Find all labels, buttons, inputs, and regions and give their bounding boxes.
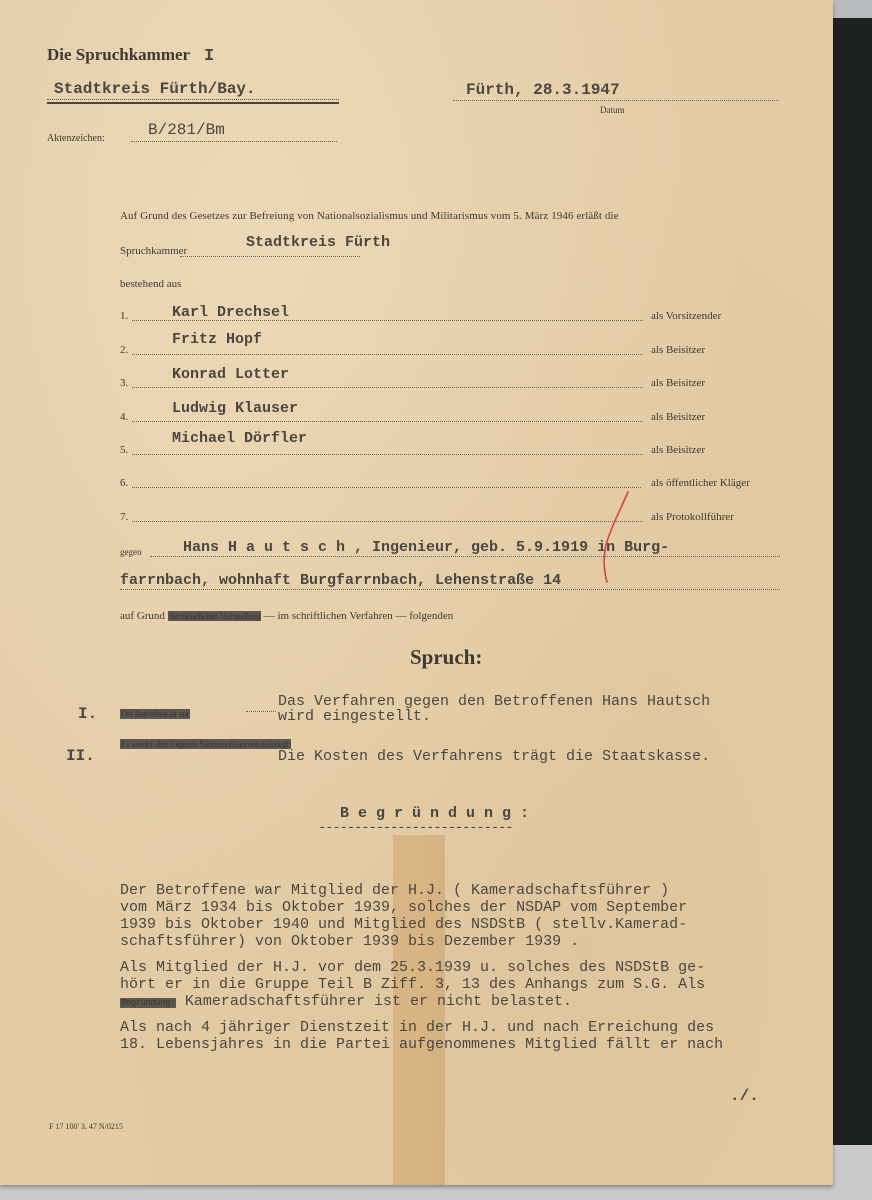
member-name: Karl Drechsel — [172, 304, 289, 321]
against-line-1 — [150, 556, 780, 557]
member-line — [132, 354, 643, 355]
member-role: als Beisitzer — [651, 444, 705, 456]
reasoning-paragraph-3: Als nach 4 jähriger Dienstzeit in der H.… — [120, 1019, 723, 1053]
verdict-item-number: I. — [78, 705, 97, 723]
member-role: als Beisitzer — [651, 411, 705, 423]
verdict-item-text: Die Kosten des Verfahrens trägt die Staa… — [278, 748, 710, 765]
member-line — [132, 521, 643, 522]
verdict-line-1: Das Verfahren gegen den Betroffenen Hans… — [278, 694, 710, 709]
member-name: Fritz Hopf — [172, 331, 262, 348]
chamber-line — [180, 256, 360, 257]
member-number: 6. — [120, 477, 128, 489]
text-line: Begründung: Kameradschaftsführer ist er … — [120, 993, 705, 1012]
text-line: Der Betroffene war Mitglied der H.J. ( K… — [120, 882, 687, 899]
member-role: als Vorsitzender — [651, 310, 721, 322]
member-role: als öffentlicher Kläger — [651, 477, 750, 489]
file-number-line — [131, 141, 337, 142]
continuation-mark: ./. — [730, 1087, 759, 1105]
court-number: I — [204, 47, 214, 66]
preamble-text: Auf Grund des Gesetzes zur Befreiung von… — [120, 210, 619, 222]
struck-text: Begründung: — [120, 998, 176, 1008]
member-role: als Protokollführer — [651, 511, 734, 523]
verdict-dots — [246, 711, 276, 712]
against-label: gegen — [120, 547, 142, 557]
member-line — [132, 421, 643, 422]
verdict-title: Spruch: — [410, 645, 482, 670]
verdict-item-number: II. — [66, 747, 95, 765]
basis-prefix: auf Grund — [120, 610, 165, 622]
scan-backing-board — [833, 18, 872, 1145]
verdict-line-2: wird eingestellt. — [278, 709, 710, 724]
text-line: vom März 1934 bis Oktober 1939, solches … — [120, 899, 687, 916]
text-line-tail: Kameradschaftsführer ist er nicht belast… — [176, 993, 572, 1010]
text-line: schaftsführer) von Oktober 1939 bis Deze… — [120, 933, 687, 950]
district-underline — [47, 99, 339, 104]
member-number: 3. — [120, 377, 128, 389]
struck-text: Es werden ihm folgende Sühnemaßnahmen au… — [120, 739, 291, 749]
scan-background-strip — [833, 0, 872, 18]
reasoning-underline: --------------------------- — [318, 820, 512, 836]
file-number-value: B/281/Bm — [148, 121, 225, 139]
member-number: 2. — [120, 344, 128, 356]
form-code: F 17 100' 3. 47 N/0215 — [49, 1122, 123, 1131]
text-line: 1939 bis Oktober 1940 und Mitglied des N… — [120, 916, 687, 933]
respondent-line-2: farrnbach, wohnhaft Burgfarrnbach, Lehen… — [120, 572, 561, 589]
court-heading: Die Spruchkammer I — [47, 45, 214, 66]
member-name: Michael Dörfler — [172, 430, 307, 447]
struck-text: Der Betroffene ist nur — [120, 709, 190, 719]
member-line — [132, 387, 643, 388]
text-line: Als nach 4 jähriger Dienstzeit in der H.… — [120, 1019, 723, 1036]
document-page: Die Spruchkammer I Stadtkreis Fürth/Bay.… — [0, 0, 833, 1185]
verdict-item-text: Das Verfahren gegen den Betroffenen Hans… — [278, 694, 710, 724]
text-line: hört er in die Gruppe Teil B Ziff. 3, 13… — [120, 976, 705, 993]
verdict-item-struck: Es werden ihm folgende Sühnemaßnahmen au… — [120, 734, 291, 752]
struck-oral-hearing: der mündlichen Verhandlung — [168, 611, 261, 621]
district-name: Stadtkreis Fürth/Bay. — [54, 80, 256, 98]
basis-line: auf Grund der mündlichen Verhandlung — i… — [120, 610, 453, 622]
text-line: Als Mitglied der H.J. vor dem 25.3.1939 … — [120, 959, 705, 976]
court-name: Die Spruchkammer — [47, 45, 190, 64]
member-number: 4. — [120, 411, 128, 423]
basis-suffix: — im schriftlichen Verfahren — folgenden — [264, 610, 454, 622]
member-name: Ludwig Klauser — [172, 400, 298, 417]
member-name: Konrad Lotter — [172, 366, 289, 383]
member-role: als Beisitzer — [651, 344, 705, 356]
reasoning-paragraph-2: Als Mitglied der H.J. vor dem 25.3.1939 … — [120, 959, 705, 1012]
member-line — [132, 487, 641, 488]
chamber-value: Stadtkreis Fürth — [246, 234, 390, 251]
verdict-item-struck: Der Betroffene ist nur — [120, 704, 190, 722]
text-line: 18. Lebensjahres in die Partei aufgenomm… — [120, 1036, 723, 1053]
chamber-label: Spruchkammer — [120, 245, 187, 257]
file-number-label: Aktenzeichen: — [47, 133, 105, 144]
against-line-2 — [120, 589, 780, 590]
date-label: Datum — [600, 105, 625, 115]
respondent-line-1: Hans H a u t s c h , Ingenieur, geb. 5.9… — [183, 539, 669, 556]
place-date: Fürth, 28.3.1947 — [466, 81, 620, 99]
member-number: 5. — [120, 444, 128, 456]
reasoning-paragraph-1: Der Betroffene war Mitglied der H.J. ( K… — [120, 882, 687, 950]
member-number: 1. — [120, 310, 128, 322]
red-pencil-mark — [598, 490, 638, 585]
member-line — [132, 454, 643, 455]
member-number: 7. — [120, 511, 128, 523]
member-role: als Beisitzer — [651, 377, 705, 389]
consisting-label: bestehend aus — [120, 278, 181, 290]
date-line — [453, 100, 779, 101]
